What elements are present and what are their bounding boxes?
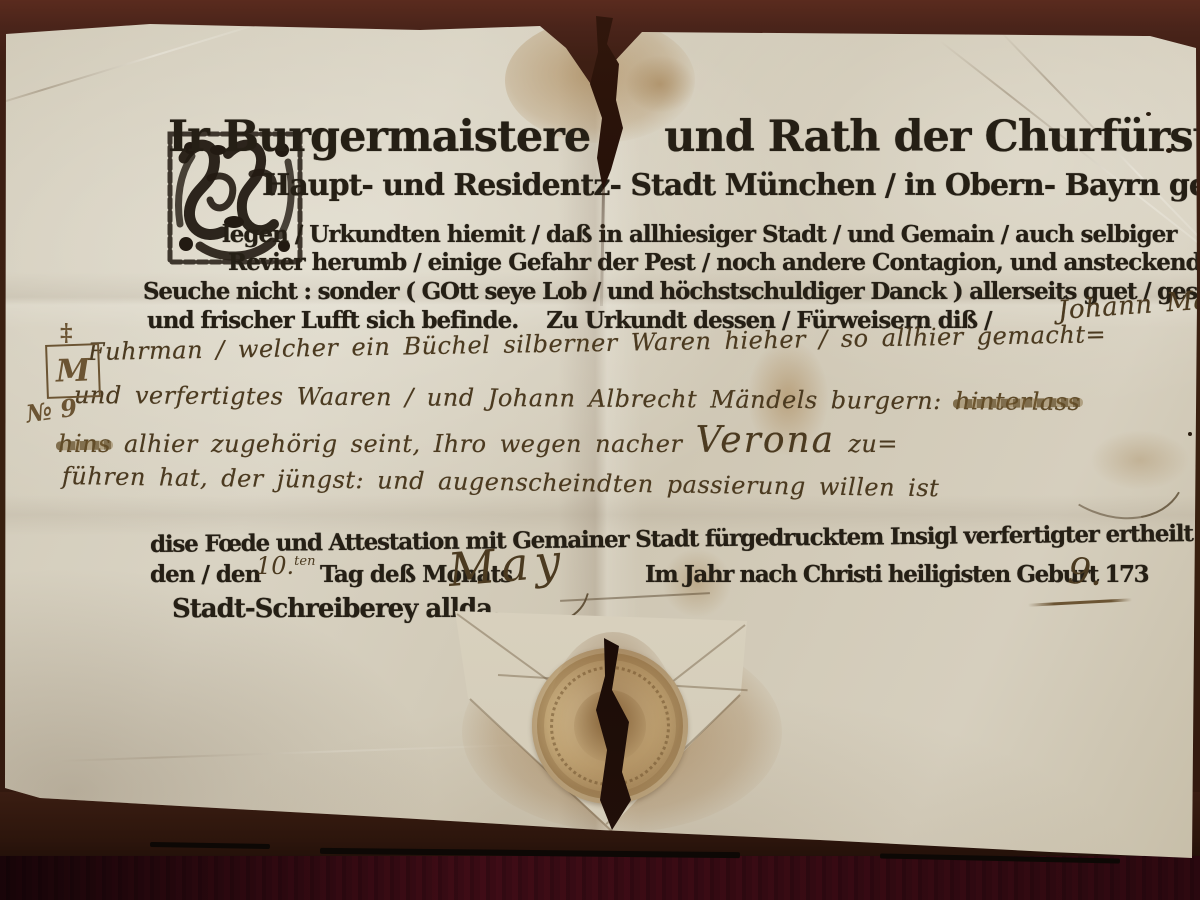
margin-mark-boxed-letter: M xyxy=(45,343,101,399)
handwritten-crossed-out-word: hins xyxy=(58,430,111,458)
closing-line-2-start: den / den xyxy=(150,561,260,588)
handwritten-line-3-text: alhier zugehörig seint, Ihro wegen nache… xyxy=(124,430,682,458)
printed-line-2: Haupt- und Residentz- Stadt München / in… xyxy=(262,168,1200,203)
printed-line-4: Revier herumb / einige Gefahr der Pest /… xyxy=(228,249,1200,276)
handwritten-line-4: führen hat, der jüngst: und augenscheind… xyxy=(62,462,940,502)
document-heading: Ir Burgermaistere und Rath der Churfürst… xyxy=(168,112,1200,162)
handwritten-month: May xyxy=(446,533,569,597)
ink-speck xyxy=(1188,432,1192,436)
handwritten-line-3-end: zu= xyxy=(848,430,898,458)
photograph-of-historical-document: Ir Burgermaistere und Rath der Churfürst… xyxy=(0,0,1200,900)
printed-line-5: Seuche nicht : sonder ( GOtt seye Lob / … xyxy=(143,278,1200,305)
day-superscript: ten xyxy=(294,554,315,569)
handwritten-line-2: und verfertigtes Waaren / und Johann Alb… xyxy=(74,381,1081,416)
handwritten-line-3: hins alhier zugehörig seint, Ihro wegen … xyxy=(58,420,898,461)
heading-right: und Rath der Churfürstl. xyxy=(664,112,1200,162)
year-underline-stroke xyxy=(1028,598,1132,606)
handwritten-day: 10.ten xyxy=(256,552,315,580)
closing-line-3: Stadt-Schreiberey allda. xyxy=(172,594,500,624)
printed-line-3: legen / Urkundten hiemit / daß in allhie… xyxy=(222,221,1177,248)
ink-water-stain xyxy=(625,55,695,113)
margin-mark-cross: ‡ xyxy=(60,318,73,347)
heading-left: Ir Burgermaistere xyxy=(168,112,590,162)
printed-line-6a: und frischer Lufft sich befinde. xyxy=(147,307,518,334)
paper-crease xyxy=(0,12,296,110)
handwritten-crossed-out-word: hinterlass xyxy=(955,387,1081,416)
day-number: 10. xyxy=(256,552,294,580)
handwritten-year-digit: 9. xyxy=(1067,551,1104,594)
handwritten-line-2-text: und verfertigtes Waaren / und Johann Alb… xyxy=(74,381,942,415)
handwritten-destination-verona: Verona xyxy=(696,420,836,461)
table-maroon-edge xyxy=(0,856,1200,900)
